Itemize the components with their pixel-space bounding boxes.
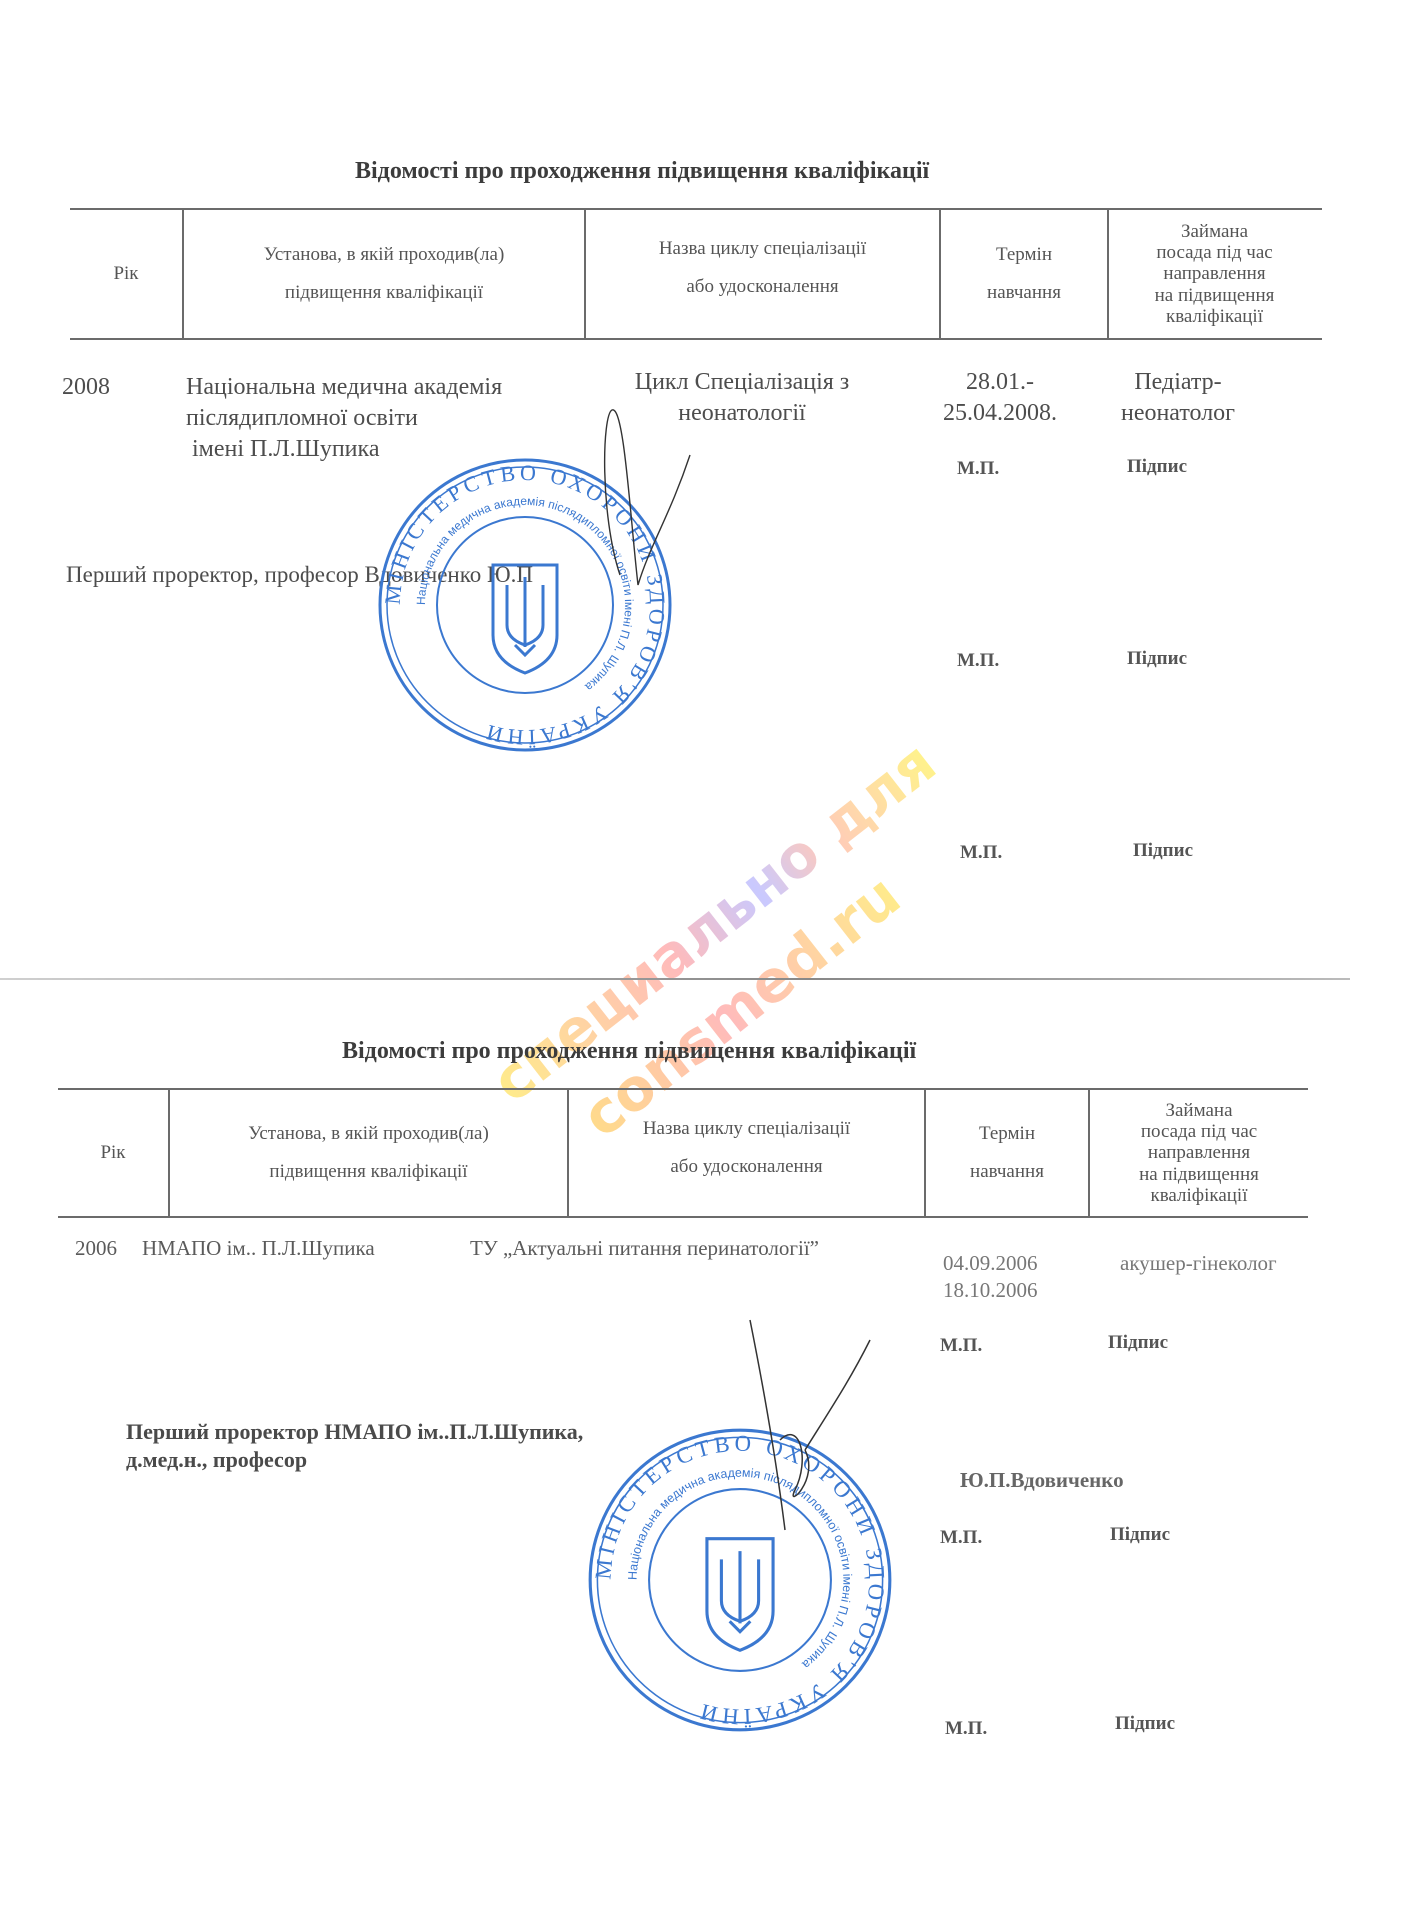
header-position-line: направлення [1155,263,1275,284]
row-position-line: Педіатр- [1108,367,1248,398]
signature-label: Підпис [1115,1713,1175,1735]
row-term-line: 18.10.2006 [943,1277,1038,1304]
header-institution: Установа, в якій проходив(ла)підвищення … [170,1090,567,1216]
header-cycle-line: Назва циклу спеціалізації [659,230,866,268]
header-term-line: Термін [987,236,1061,274]
header-term-line: Термін [970,1115,1044,1153]
seal-place-label: М.П. [957,650,999,672]
handwritten-signature [740,1300,880,1550]
seal-place-label: М.П. [940,1527,982,1549]
header-position-line: на підвищення [1155,285,1275,306]
row-cycle: ТУ „Актуальні питання перинатології” [470,1235,819,1262]
header-cycle: Назва циклу спеціалізаціїабо удосконален… [569,1090,924,1206]
header-term: Терміннавчання [941,210,1107,338]
header-term-line: навчання [970,1153,1044,1191]
header-position-line: направлення [1139,1142,1259,1163]
header-position-line: посада під час [1139,1121,1259,1142]
row-position: акушер-гінеколог [1120,1250,1277,1277]
header-position-line: на підвищення [1139,1164,1259,1185]
signature-label: Підпис [1133,840,1193,862]
header-cycle: Назва циклу спеціалізаціїабо удосконален… [586,210,939,326]
header-term-line: навчання [987,274,1061,312]
header-position-line: Займана [1139,1100,1259,1121]
header-year-label: Рік [113,262,138,286]
header-institution: Установа, в якій проходив(ла)підвищення … [184,210,584,338]
header-institution-line: Установа, в якій проходив(ла) [264,236,505,274]
header-year: Рік [58,1090,168,1216]
signature-label: Підпис [1110,1524,1170,1546]
header-position-line: Займана [1155,221,1275,242]
row-term-line: 28.01.- [930,367,1070,398]
row-term: 04.09.2006 18.10.2006 [943,1250,1038,1305]
row-institution-line: післядипломної освіти [186,403,502,434]
header-cycle-line: Назва циклу спеціалізації [643,1110,850,1148]
header-cycle-line: або удосконалення [643,1148,850,1186]
signature-label: Підпис [1127,648,1187,670]
header-year-label: Рік [100,1141,125,1165]
row-institution: НМАПО ім.. П.Л.Шупика [142,1235,375,1262]
row-position: Педіатр- неонатолог [1108,367,1248,429]
signature-label: Підпис [1108,1332,1168,1354]
header-institution-line: підвищення кваліфікації [264,274,505,312]
header-position: Займанапосада під часнаправленняна підви… [1109,210,1320,338]
signatory-line: Перший проректор НМАПО ім..П.Л.Шупика, [126,1418,583,1446]
header-position-line: посада під час [1155,242,1275,263]
row-term-line: 04.09.2006 [943,1250,1038,1277]
header-institution-line: Установа, в якій проходив(ла) [248,1115,489,1153]
signatory-name: Ю.П.Вдовиченко [960,1467,1124,1493]
handwritten-signature [590,395,700,605]
signatory-line: д.мед.н., професор [126,1446,583,1474]
header-position: Займанапосада під часнаправленняна підви… [1090,1090,1308,1216]
header-position-line: кваліфікації [1155,306,1275,327]
section-1-title: Відомості про проходження підвищення ква… [355,158,929,185]
header-cycle-line: або удосконалення [659,268,866,306]
row-year: 2008 [62,372,110,403]
row-term-line: 25.04.2008. [930,398,1070,429]
header-position-line: кваліфікації [1139,1185,1259,1206]
row-institution: Національна медична академія післядиплом… [186,372,502,466]
row-year: 2006 [75,1235,117,1262]
row-cycle-line: Цикл Спеціалізація з [612,367,872,398]
row-position-line: неонатолог [1108,398,1248,429]
section-2-table-bottom-border [58,1216,1308,1218]
section-1-table-bottom-border [70,338,1322,340]
seal-place-label: М.П. [957,458,999,480]
page-fold-line [0,978,1350,980]
signatory-block: Перший проректор НМАПО ім..П.Л.Шупика, д… [126,1418,583,1473]
seal-place-label: М.П. [960,842,1002,864]
row-term: 28.01.- 25.04.2008. [930,367,1070,429]
seal-place-label: М.П. [940,1335,982,1357]
row-institution-line: Національна медична академія [186,372,502,403]
header-institution-line: підвищення кваліфікації [248,1153,489,1191]
seal-place-label: М.П. [945,1718,987,1740]
header-term: Терміннавчання [926,1090,1088,1216]
signature-label: Підпис [1127,456,1187,478]
header-year: Рік [70,210,182,338]
section-2-title: Відомості про проходження підвищення ква… [342,1038,916,1065]
